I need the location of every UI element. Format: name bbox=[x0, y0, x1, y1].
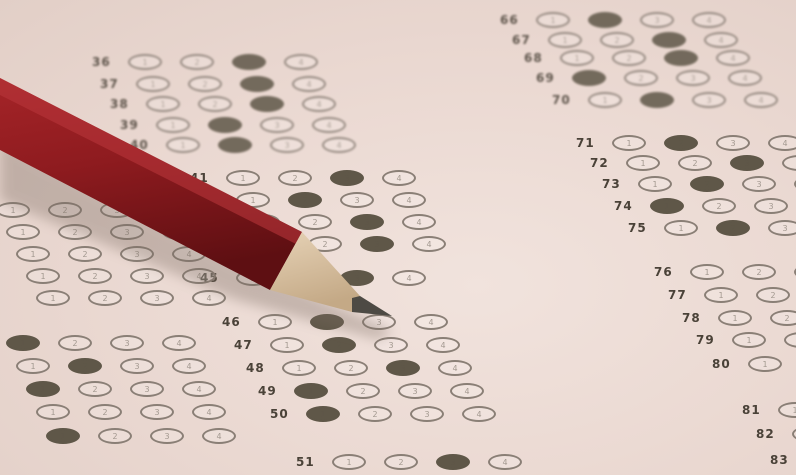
answer-bubble: 2 bbox=[48, 202, 82, 218]
question-number: 69 bbox=[536, 71, 555, 85]
answer-bubble: 1 bbox=[718, 310, 752, 326]
answer-bubble: 4 bbox=[192, 404, 226, 420]
answer-bubble: 2 bbox=[298, 214, 332, 230]
answer-bubble: 1 bbox=[46, 428, 80, 444]
answer-bubble: 2 bbox=[188, 76, 222, 92]
answer-bubble: 4 bbox=[292, 76, 326, 92]
question-number: 66 bbox=[500, 13, 519, 27]
answer-bubble: 3 bbox=[340, 192, 374, 208]
answer-bubble: 1 bbox=[16, 358, 50, 374]
answer-bubble: 2 bbox=[310, 314, 344, 330]
answer-bubble: 2 bbox=[702, 198, 736, 214]
question-number: 77 bbox=[668, 288, 687, 302]
answer-bubble: 4 bbox=[692, 12, 726, 28]
answer-bubble: 3 bbox=[110, 224, 144, 240]
answer-bubble: 1 bbox=[664, 220, 698, 236]
answer-bubble: 3 bbox=[716, 135, 750, 151]
answer-bubble: 3 bbox=[640, 12, 674, 28]
answer-bubble: 1 bbox=[536, 12, 570, 28]
answer-sheet-photo: 3612343712343812343912344012344112344212… bbox=[0, 0, 796, 475]
question-number: 67 bbox=[512, 33, 531, 47]
answer-bubble: 3 bbox=[340, 270, 374, 286]
question-number: 79 bbox=[696, 333, 715, 347]
answer-bubble: 2 bbox=[322, 337, 356, 353]
answer-bubble: 2 bbox=[784, 332, 796, 348]
answer-bubble: 2 bbox=[198, 96, 232, 112]
answer-bubble: 2 bbox=[600, 32, 634, 48]
answer-bubble: 3 bbox=[260, 117, 294, 133]
answer-bubble: 1 bbox=[704, 287, 738, 303]
answer-bubble: 4 bbox=[162, 224, 196, 240]
answer-bubble: 2 bbox=[678, 155, 712, 171]
question-number: 36 bbox=[92, 55, 111, 69]
question-number: 38 bbox=[110, 97, 129, 111]
answer-bubble: 1 bbox=[26, 381, 60, 397]
answer-bubble: 3 bbox=[120, 358, 154, 374]
answer-bubble: 3 bbox=[374, 337, 408, 353]
answer-bubble: 3 bbox=[742, 176, 776, 192]
answer-bubble: 4 bbox=[392, 192, 426, 208]
answer-bubble: 4 bbox=[192, 290, 226, 306]
answer-bubble: 4 bbox=[768, 135, 796, 151]
answer-bubble: 4 bbox=[162, 335, 196, 351]
answer-bubble: 1 bbox=[236, 270, 270, 286]
answer-bubble: 4 bbox=[182, 381, 216, 397]
answer-bubble: 3 bbox=[232, 54, 266, 70]
answer-bubble: 2 bbox=[58, 224, 92, 240]
answer-bubble: 3 bbox=[398, 383, 432, 399]
answer-bubble: 1 bbox=[778, 402, 796, 418]
answer-bubble: 4 bbox=[426, 337, 460, 353]
question-number: 83 bbox=[770, 453, 789, 467]
answer-bubble: 2 bbox=[78, 381, 112, 397]
answer-bubble: 1 bbox=[748, 356, 782, 372]
answer-bubble: 4 bbox=[450, 383, 484, 399]
answer-bubble: 4 bbox=[202, 428, 236, 444]
question-number: 71 bbox=[576, 136, 595, 150]
question-number: 80 bbox=[712, 357, 731, 371]
answer-bubble: 3 bbox=[140, 290, 174, 306]
answer-bubble: 2 bbox=[68, 358, 102, 374]
answer-bubble: 3 bbox=[330, 170, 364, 186]
answer-bubble: 3 bbox=[692, 92, 726, 108]
question-number: 44 bbox=[220, 237, 239, 251]
answer-bubble: 1 bbox=[136, 76, 170, 92]
answer-bubble: 3 bbox=[360, 236, 394, 252]
answer-bubble: 3 bbox=[150, 428, 184, 444]
question-number: 75 bbox=[628, 221, 647, 235]
answer-bubble: 4 bbox=[302, 96, 336, 112]
answer-bubble: 1 bbox=[146, 96, 180, 112]
answer-bubble: 1 bbox=[572, 70, 606, 86]
answer-bubble: 4 bbox=[744, 92, 778, 108]
answer-bubble: 4 bbox=[414, 314, 448, 330]
answer-bubble: 4 bbox=[172, 358, 206, 374]
answer-bubble: 1 bbox=[258, 314, 292, 330]
answer-bubble: 2 bbox=[334, 360, 368, 376]
question-number: 49 bbox=[258, 384, 277, 398]
answer-bubble: 2 bbox=[278, 170, 312, 186]
answer-bubble: 2 bbox=[358, 406, 392, 422]
answer-bubble: 2 bbox=[68, 246, 102, 262]
answer-bubble: 3 bbox=[730, 155, 764, 171]
answer-bubble: 1 bbox=[6, 224, 40, 240]
answer-bubble: 1 bbox=[626, 155, 660, 171]
answer-bubble: 4 bbox=[312, 117, 346, 133]
answer-bubble: 4 bbox=[716, 50, 750, 66]
question-number: 72 bbox=[590, 156, 609, 170]
answer-bubble: 2 bbox=[180, 54, 214, 70]
answer-bubble: 3 bbox=[100, 202, 134, 218]
answer-bubble: 1 bbox=[128, 54, 162, 70]
answer-bubble: 1 bbox=[0, 202, 30, 218]
answer-bubble: 2 bbox=[288, 192, 322, 208]
answer-bubble: 2 bbox=[218, 137, 252, 153]
answer-bubble: 3 bbox=[240, 76, 274, 92]
question-number: 50 bbox=[270, 407, 289, 421]
answer-bubble: 1 bbox=[36, 290, 70, 306]
answer-bubble: 1 bbox=[36, 404, 70, 420]
answer-bubble: 1 bbox=[792, 426, 796, 442]
answer-bubble: 3 bbox=[652, 32, 686, 48]
answer-bubble: 3 bbox=[250, 96, 284, 112]
answer-bubble: 1 bbox=[732, 332, 766, 348]
question-number: 46 bbox=[222, 315, 241, 329]
answer-bubble: 4 bbox=[284, 54, 318, 70]
answer-bubble: 3 bbox=[270, 137, 304, 153]
answer-bubble: 1 bbox=[246, 214, 280, 230]
question-number: 37 bbox=[100, 77, 119, 91]
answer-bubble: 1 bbox=[166, 137, 200, 153]
answer-bubble: 4 bbox=[392, 270, 426, 286]
question-number: 39 bbox=[120, 118, 139, 132]
answer-bubble: 1 bbox=[256, 236, 290, 252]
answer-bubble: 3 bbox=[436, 454, 470, 470]
question-number: 68 bbox=[524, 51, 543, 65]
answer-bubble: 1 bbox=[236, 192, 270, 208]
answer-bubble: 4 bbox=[704, 32, 738, 48]
answer-bubble: 4 bbox=[728, 70, 762, 86]
answer-bubble: 4 bbox=[488, 454, 522, 470]
question-number: 51 bbox=[296, 455, 315, 469]
answer-bubble: 4 bbox=[152, 202, 186, 218]
answer-bubble: 3 bbox=[350, 214, 384, 230]
answer-bubble: 1 bbox=[156, 117, 190, 133]
answer-bubble: 1 bbox=[226, 170, 260, 186]
question-number: 43 bbox=[210, 215, 229, 229]
question-number: 76 bbox=[654, 265, 673, 279]
answer-bubble: 2 bbox=[588, 12, 622, 28]
answer-bubble: 2 bbox=[346, 383, 380, 399]
answer-bubble: 3 bbox=[664, 50, 698, 66]
question-number: 40 bbox=[130, 138, 149, 152]
answer-bubble: 4 bbox=[382, 170, 416, 186]
answer-bubble: 2 bbox=[624, 70, 658, 86]
question-number: 82 bbox=[756, 427, 775, 441]
answer-bubble: 1 bbox=[650, 198, 684, 214]
answer-bubble: 2 bbox=[640, 92, 674, 108]
answer-bubble: 2 bbox=[770, 310, 796, 326]
answer-bubble: 4 bbox=[412, 236, 446, 252]
answer-bubble: 2 bbox=[742, 264, 776, 280]
answer-bubble: 4 bbox=[172, 246, 206, 262]
answer-bubble: 2 bbox=[612, 50, 646, 66]
answer-bubble: 2 bbox=[308, 236, 342, 252]
answer-bubble: 2 bbox=[208, 117, 242, 133]
answer-bubble: 2 bbox=[78, 268, 112, 284]
answer-bubble: 2 bbox=[98, 428, 132, 444]
answer-bubble: 3 bbox=[362, 314, 396, 330]
answer-bubble: 1 bbox=[282, 360, 316, 376]
answer-bubble: 1 bbox=[294, 383, 328, 399]
answer-bubble: 4 bbox=[182, 268, 216, 284]
question-number: 42 bbox=[200, 193, 219, 207]
question-number: 47 bbox=[234, 338, 253, 352]
answer-bubble: 3 bbox=[140, 404, 174, 420]
answer-bubble: 1 bbox=[638, 176, 672, 192]
answer-bubble: 4 bbox=[402, 214, 436, 230]
answer-bubble: 2 bbox=[288, 270, 322, 286]
answer-bubble: 2 bbox=[716, 220, 750, 236]
answer-bubble: 1 bbox=[588, 92, 622, 108]
answer-bubble: 2 bbox=[88, 404, 122, 420]
answer-bubble: 3 bbox=[120, 246, 154, 262]
answer-bubble: 3 bbox=[386, 360, 420, 376]
answer-bubble: 3 bbox=[410, 406, 444, 422]
answer-bubble: 3 bbox=[130, 268, 164, 284]
answer-bubble: 1 bbox=[690, 264, 724, 280]
answer-bubble: 2 bbox=[756, 287, 790, 303]
answer-bubble: 2 bbox=[88, 290, 122, 306]
answer-bubble: 4 bbox=[462, 406, 496, 422]
answer-bubble: 3 bbox=[676, 70, 710, 86]
answer-bubble: 1 bbox=[270, 337, 304, 353]
answer-bubble: 3 bbox=[754, 198, 788, 214]
answer-bubble: 1 bbox=[612, 135, 646, 151]
answer-bubble: 1 bbox=[306, 406, 340, 422]
answer-bubble: 2 bbox=[58, 335, 92, 351]
answer-bubble: 1 bbox=[16, 246, 50, 262]
question-number: 73 bbox=[602, 177, 621, 191]
question-number: 41 bbox=[190, 171, 209, 185]
question-number: 48 bbox=[246, 361, 265, 375]
answer-bubble: 2 bbox=[690, 176, 724, 192]
answer-bubble: 3 bbox=[110, 335, 144, 351]
answer-bubble: 4 bbox=[782, 155, 796, 171]
question-number: 81 bbox=[742, 403, 761, 417]
answer-bubble: 1 bbox=[560, 50, 594, 66]
question-number: 78 bbox=[682, 311, 701, 325]
question-number: 70 bbox=[552, 93, 571, 107]
answer-bubble: 3 bbox=[768, 220, 796, 236]
answer-bubble: 4 bbox=[322, 137, 356, 153]
answer-bubble: 2 bbox=[384, 454, 418, 470]
answer-bubble: 2 bbox=[664, 135, 698, 151]
question-number: 74 bbox=[614, 199, 633, 213]
answer-bubble: 1 bbox=[332, 454, 366, 470]
answer-bubble: 4 bbox=[438, 360, 472, 376]
answer-bubble: 1 bbox=[548, 32, 582, 48]
answer-bubble: 1 bbox=[26, 268, 60, 284]
answer-bubble: 3 bbox=[130, 381, 164, 397]
answer-bubble: 1 bbox=[6, 335, 40, 351]
